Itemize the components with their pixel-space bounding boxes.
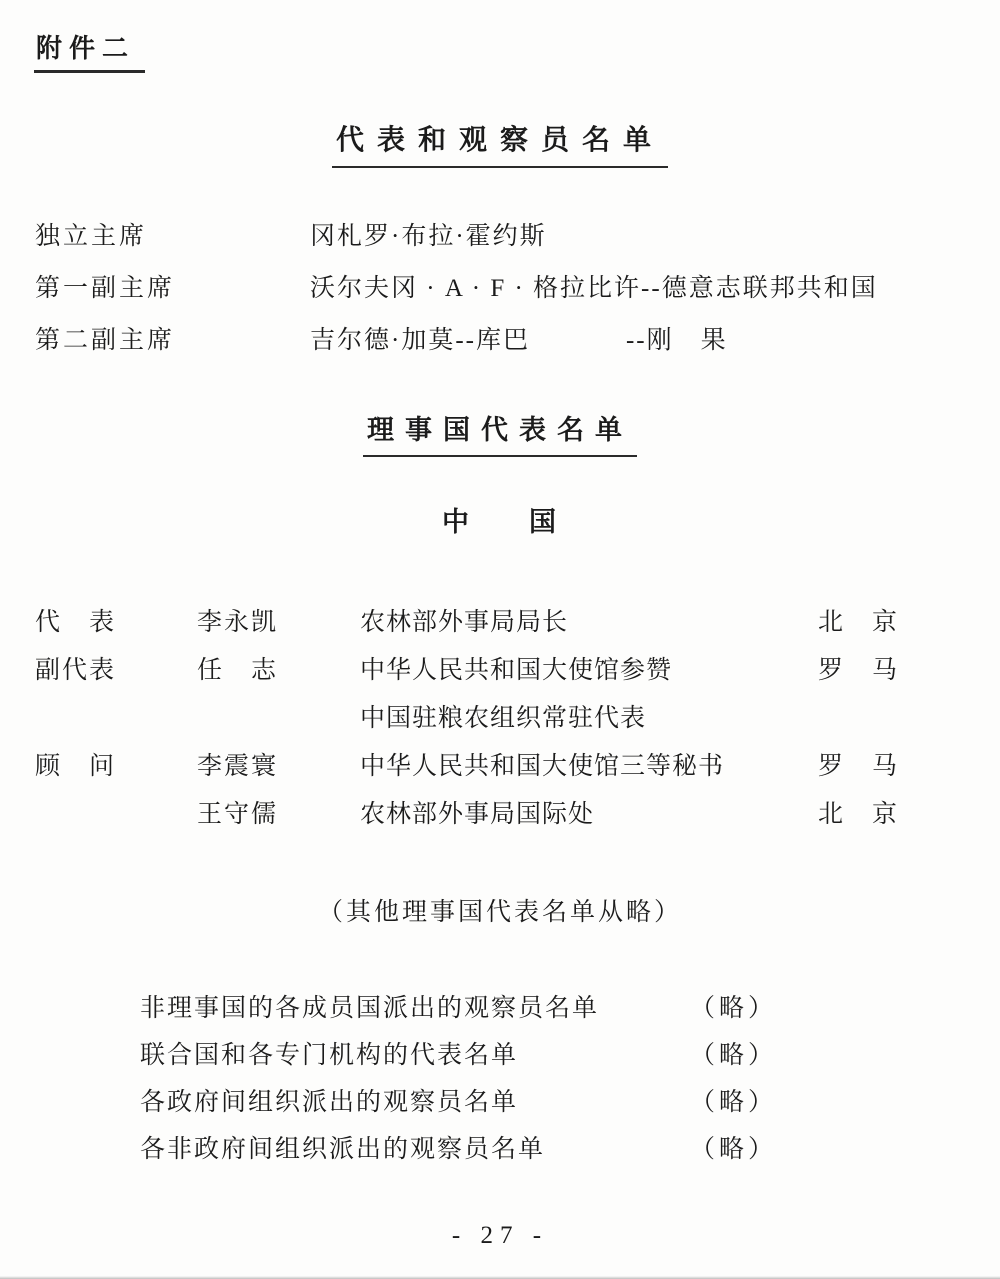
other-delegations-note: （其他理事国代表名单从略）: [0, 892, 1000, 928]
delegate-title: 中华人民共和国大使馆三等秘书: [360, 746, 818, 782]
officer-role: 第二副主席: [35, 320, 310, 356]
table-row: 副代表 任 志 中华人民共和国大使馆参赞 罗 马: [35, 650, 965, 698]
omitted-status: （略）: [690, 1129, 777, 1165]
list-item: 各非政府间组织派出的观察员名单 （略）: [140, 1129, 770, 1176]
delegate-title: 农林部外事局国际处: [360, 794, 818, 830]
officers-list: 独立主席 冈札罗·布拉·霍约斯 第一副主席 沃尔夫冈 · A · F · 格拉比…: [35, 216, 980, 372]
table-row: 顾 问 李震寰 中华人民共和国大使馆三等秘书 罗 马: [35, 746, 965, 794]
delegate-city: 北 京: [818, 794, 965, 830]
officer-role: 第一副主席: [35, 268, 310, 304]
omitted-lists: 非理事国的各成员国派出的观察员名单 （略） 联合国和各专门机构的代表名单 （略）…: [140, 988, 770, 1176]
country-name: 中 国: [0, 500, 1000, 539]
delegate-title: 农林部外事局局长: [360, 602, 818, 638]
officer-row-independent-chairman: 独立主席 冈札罗·布拉·霍约斯: [35, 216, 980, 268]
table-row: 中国驻粮农组织常驻代表: [35, 698, 965, 746]
omitted-list-label: 非理事国的各成员国派出的观察员名单: [140, 988, 690, 1024]
omitted-list-label: 联合国和各专门机构的代表名单: [140, 1035, 690, 1071]
officer-role: 独立主席: [35, 216, 310, 252]
attachment-label: 附件二: [34, 28, 145, 73]
delegate-role: 副代表: [35, 650, 197, 686]
omitted-list-label: 各非政府间组织派出的观察员名单: [140, 1129, 690, 1165]
page-number: - 27 -: [0, 1222, 1000, 1250]
officer-name: 沃尔夫冈 · A · F · 格拉比许--德意志联邦共和国: [310, 268, 878, 304]
omitted-list-label: 各政府间组织派出的观察员名单: [140, 1082, 690, 1118]
delegate-name: 李震寰: [197, 746, 360, 782]
officer-row-first-vice-chairman: 第一副主席 沃尔夫冈 · A · F · 格拉比许--德意志联邦共和国: [35, 268, 980, 320]
omitted-status: （略）: [690, 1082, 777, 1118]
list-item: 非理事国的各成员国派出的观察员名单 （略）: [140, 988, 770, 1035]
omitted-status: （略）: [690, 1035, 777, 1071]
officer-name-secondary: --刚 果: [626, 320, 728, 356]
delegate-city: 北 京: [818, 602, 965, 638]
delegate-role: 顾 问: [35, 746, 197, 782]
table-row: 代 表 李永凯 农林部外事局局长 北 京: [35, 602, 965, 650]
officer-name: 吉尔德·加莫--库巴: [310, 320, 530, 356]
delegate-city: 罗 马: [818, 746, 965, 782]
delegate-city: 罗 马: [818, 650, 965, 686]
delegate-name: 李永凯: [197, 602, 360, 638]
delegate-title: 中华人民共和国大使馆参赞: [360, 650, 818, 686]
council-section-heading: 理事国代表名单: [363, 408, 637, 457]
document-page: 附件二 代表和观察员名单 独立主席 冈札罗·布拉·霍约斯 第一副主席 沃尔夫冈 …: [0, 0, 1000, 1279]
list-item: 联合国和各专门机构的代表名单 （略）: [140, 1035, 770, 1082]
list-item: 各政府间组织派出的观察员名单 （略）: [140, 1082, 770, 1129]
table-row: 王守儒 农林部外事局国际处 北 京: [35, 794, 965, 842]
omitted-status: （略）: [690, 988, 777, 1024]
officer-row-second-vice-chairman: 第二副主席 吉尔德·加莫--库巴 --刚 果: [35, 320, 980, 372]
officer-name: 冈札罗·布拉·霍约斯: [310, 216, 547, 252]
delegate-title: 中国驻粮农组织常驻代表: [360, 698, 818, 734]
delegate-name: 任 志: [197, 650, 360, 686]
document-title: 代表和观察员名单: [332, 118, 668, 168]
delegate-name: 王守儒: [197, 794, 360, 830]
council-section-heading-line: 理事国代表名单: [0, 408, 1000, 457]
delegate-role: 代 表: [35, 602, 197, 638]
document-title-line: 代表和观察员名单: [0, 118, 1000, 168]
delegates-table: 代 表 李永凯 农林部外事局局长 北 京 副代表 任 志 中华人民共和国大使馆参…: [35, 602, 965, 842]
